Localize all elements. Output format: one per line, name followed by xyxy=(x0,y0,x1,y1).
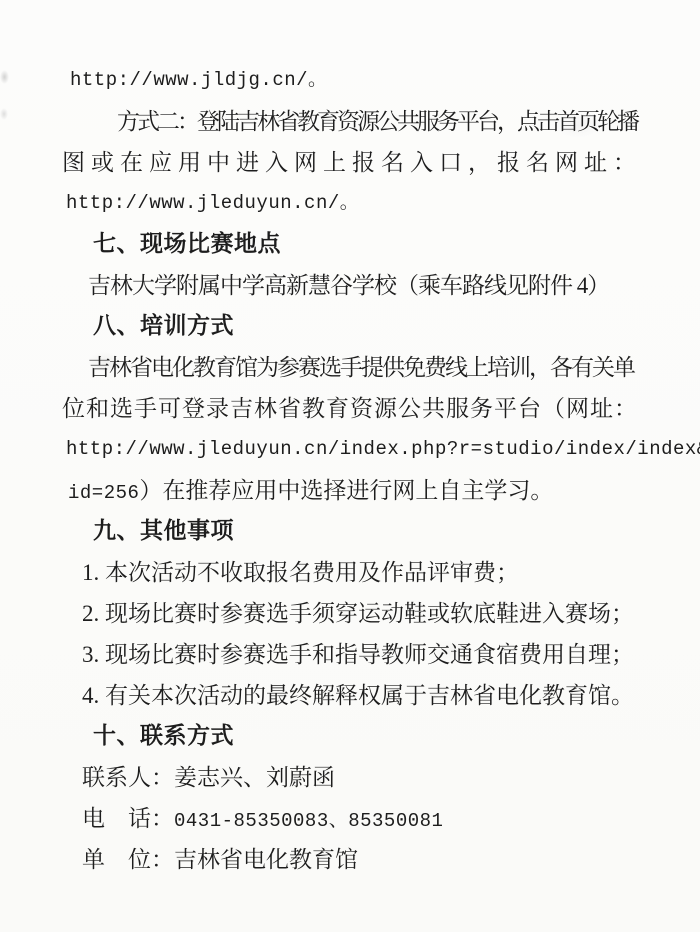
other-item-3: 3. 现场比赛时参赛选手和指导教师交通食宿费用自理； xyxy=(82,634,700,675)
contact-org-row: 单 位：吉林省电化教育馆 xyxy=(82,839,700,880)
training-paragraph-line2: 位和选手可登录吉林省教育资源公共服务平台（网址： xyxy=(62,388,700,429)
other-item-4: 4. 有关本次活动的最终解释权属于吉林省电化教育馆。 xyxy=(82,675,700,716)
contact-person-row: 联系人：姜志兴、刘蔚函 xyxy=(82,757,700,798)
other-item-2: 2. 现场比赛时参赛选手须穿运动鞋或软底鞋进入赛场； xyxy=(82,593,700,634)
paragraph-method2-line1: 方式二：登陆吉林省教育资源公共服务平台，点击首页轮播 xyxy=(117,101,700,142)
contact-phone-numbers: 0431-85350083、85350081 xyxy=(174,810,443,832)
contact-phone-label: 电 话： xyxy=(82,806,174,831)
url-line-jldjg: http://www.jldjg.cn/。 xyxy=(70,60,700,101)
scanned-document-screenshot: { "meta": { "paper_color": "#fbfbf9", "i… xyxy=(0,0,700,932)
training-url-line1: http://www.jleduyun.cn/index.php?r=studi… xyxy=(66,429,700,470)
section-heading-8-training: 八、培训方式 xyxy=(93,306,700,347)
document-page: http://www.jldjg.cn/。 方式二：登陆吉林省教育资源公共服务平… xyxy=(0,0,700,932)
section-heading-7-venue: 七、现场比赛地点 xyxy=(93,224,700,265)
training-url-line2-text: ）在推荐应用中选择进行网上自主学习。 xyxy=(139,478,553,503)
paragraph-method2-line2: 图或在应用中进入网上报名入口，报名网址： xyxy=(62,142,700,183)
section-heading-10-contact: 十、联系方式 xyxy=(93,716,700,757)
training-paragraph-line1: 吉林省电化教育馆为参赛选手提供免费线上培训，各有关单 xyxy=(88,347,700,388)
contact-phone-row: 电 话：0431-85350083、85350081 xyxy=(82,798,700,839)
document-body: http://www.jldjg.cn/。 方式二：登陆吉林省教育资源公共服务平… xyxy=(0,60,700,880)
venue-text: 吉林大学附属中学高新慧谷学校（乘车路线见附件 4） xyxy=(88,265,700,306)
training-url-line2-code: id=256 xyxy=(68,482,139,504)
url-line-jleduyun: http://www.jleduyun.cn/。 xyxy=(66,183,700,224)
other-item-1: 1. 本次活动不收取报名费用及作品评审费； xyxy=(82,552,700,593)
training-url-line2: id=256）在推荐应用中选择进行网上自主学习。 xyxy=(68,470,700,511)
section-heading-9-other: 九、其他事项 xyxy=(93,511,700,552)
